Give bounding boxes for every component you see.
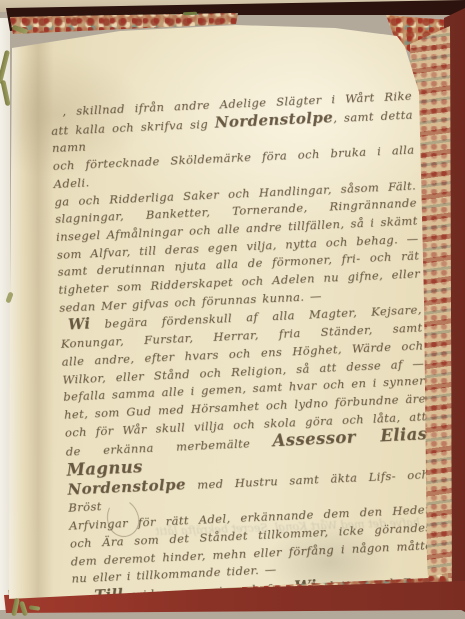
scan-background-left bbox=[0, 18, 10, 610]
sewing-thread bbox=[183, 12, 197, 15]
manuscript-page: , skillnad ifrån andre Adelige Slägter i… bbox=[0, 0, 465, 619]
manuscript-photo: , skillnad ifrån andre Adelige Slägter i… bbox=[0, 0, 465, 619]
manuscript-emphasis: Wi bbox=[68, 316, 91, 334]
